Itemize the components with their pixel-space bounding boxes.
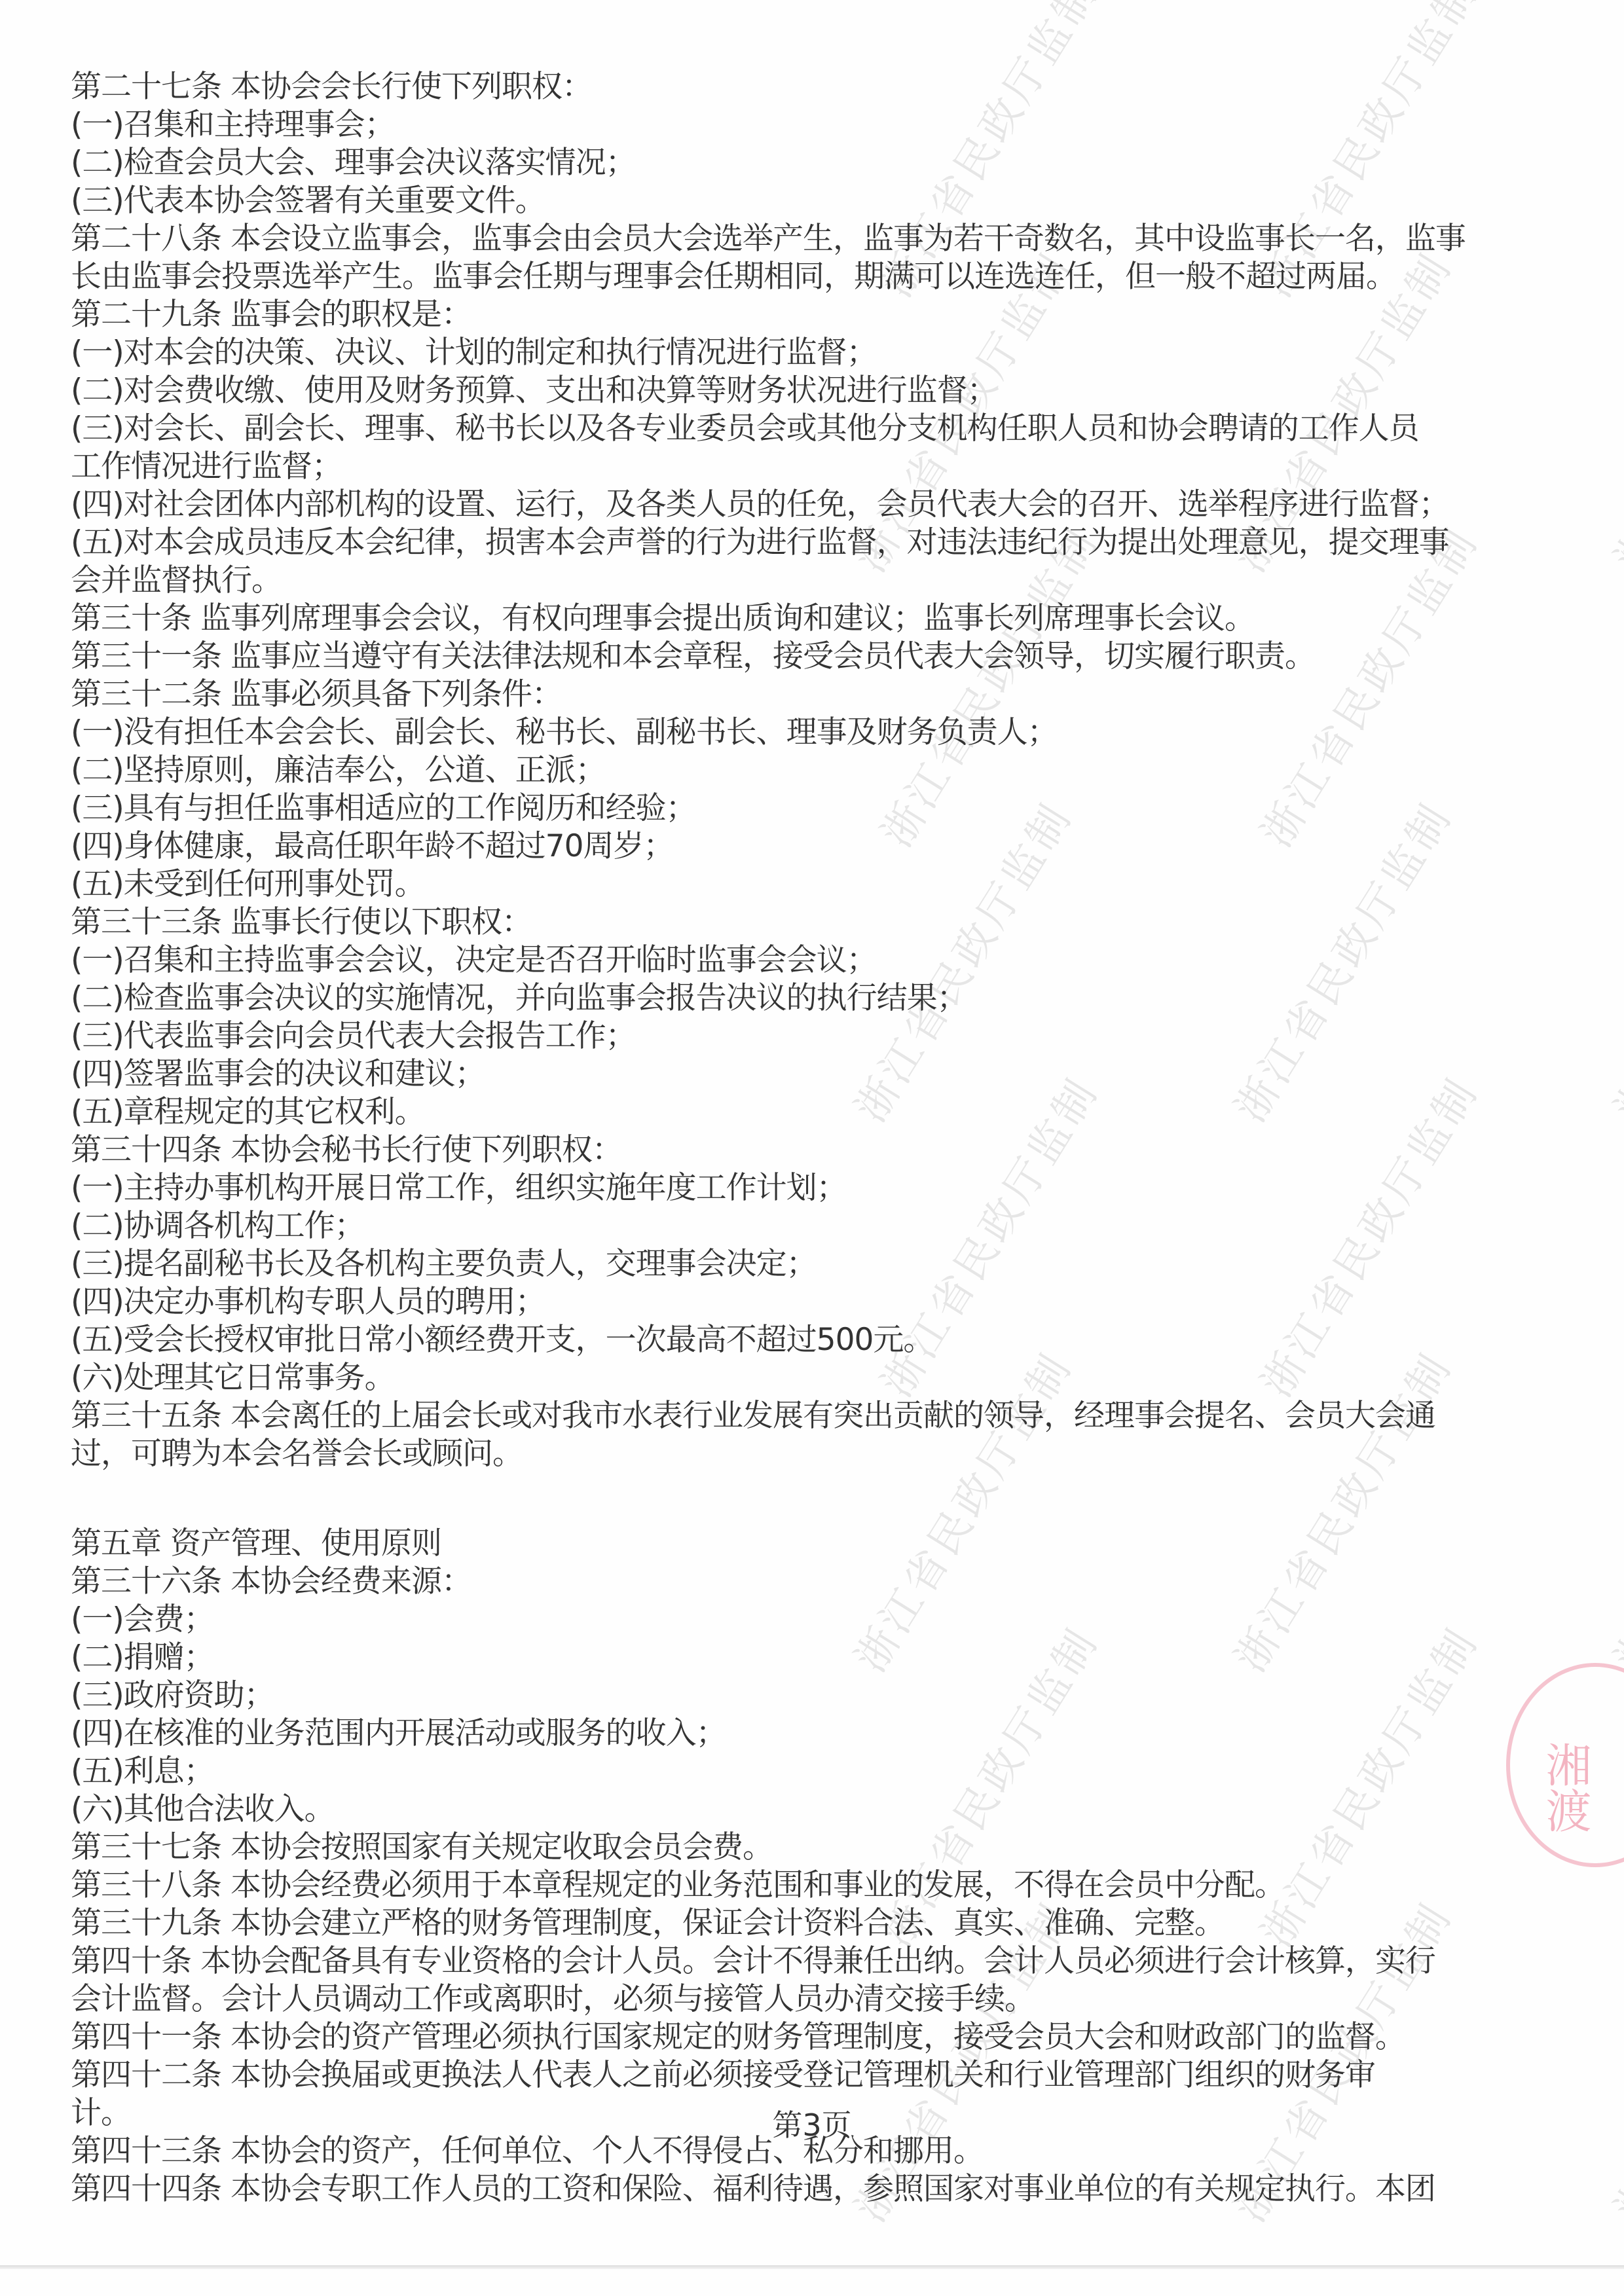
text-line: 第三十三条 监事长行使以下职权：	[71, 904, 532, 941]
text-line: (一)召集和主持理事会；	[71, 107, 395, 143]
watermark-text: 浙江省民政厅监制	[1244, 1064, 1490, 1407]
watermark-text: 浙江省民政厅监制	[864, 514, 1110, 857]
watermark-text: 浙江省民政厅监制	[1244, 514, 1490, 857]
text-line: (四)决定办事机构专职人员的聘用；	[71, 1284, 545, 1321]
text-line: (三)对会长、副会长、理事、秘书长以及各专业委员会或其他分支机构任职人员和协会聘…	[71, 410, 1419, 447]
watermark-text: 浙江省民政厅监制	[1244, 1614, 1490, 1957]
watermark-text: 浙江省民政厅监制	[838, 1339, 1084, 1682]
text-line: 工作情况进行监督；	[71, 448, 342, 485]
text-line: (二)协调各机构工作；	[71, 1208, 365, 1245]
text-line: 第四十四条 本协会专职工作人员的工资和保险、福利待遇，参照国家对事业单位的有关规…	[71, 2171, 1435, 2208]
watermark-text: 浙江省民政厅监制	[1598, 1339, 1624, 1682]
text-line: 第二十九条 监事会的职权是：	[71, 297, 471, 333]
text-line: 第三十七条 本协会按照国家有关规定收取会员会费。	[71, 1829, 773, 1866]
text-line: (四)在核准的业务范围内开展活动或服务的收入；	[71, 1715, 726, 1752]
text-line: 第四十二条 本协会换届或更换法人代表人之前必须接受登记管理机关和行业管理部门组织…	[71, 2057, 1375, 2094]
watermark-text: 浙江省民政厅监制	[1218, 789, 1464, 1132]
text-line: 第二十八条 本会设立监事会，监事会由会员大会选举产生，监事为若干奇数名，其中设监…	[71, 221, 1466, 257]
text-line: (四)身体健康，最高任职年龄不超过70周岁；	[71, 828, 673, 865]
text-line: 第五章 资产管理、使用原则	[71, 1525, 441, 1562]
watermark-text: 浙江省民政厅监制	[1598, 1889, 1624, 2232]
text-line: 第三十八条 本协会经费必须用于本章程规定的业务范围和事业的发展，不得在会员中分配…	[71, 1867, 1285, 1904]
text-line: (五)受会长授权审批日常小额经费开支，一次最高不超过500元。	[71, 1322, 933, 1358]
text-line: (五)未受到任何刑事处罚。	[71, 866, 425, 903]
text-line: 第三十九条 本协会建立严格的财务管理制度，保证会计资料合法、真实、准确、完整。	[71, 1905, 1225, 1942]
document-page: 浙江省民政厅监制浙江省民政厅监制浙江省民政厅监制浙江省民政厅监制浙江省民政厅监制…	[0, 0, 1624, 2296]
text-line: (一)会费；	[71, 1601, 214, 1638]
text-line: (五)利息；	[71, 1753, 214, 1790]
text-line: (二)检查会员大会、理事会决议落实情况；	[71, 145, 636, 181]
text-line: (二)捐赠；	[71, 1639, 214, 1676]
text-line: (三)代表本协会签署有关重要文件。	[71, 183, 545, 219]
text-line: (三)提名副秘书长及各机构主要负责人，交理事会决定；	[71, 1246, 817, 1283]
text-line: 会计监督。会计人员调动工作或离职时，必须与接管人员办清交接手续。	[71, 1981, 1035, 2018]
text-line: 第三十一条 监事应当遵守有关法律法规和本会章程，接受会员代表大会领导，切实履行职…	[71, 638, 1315, 675]
text-line: (二)检查监事会决议的实施情况，并向监事会报告决议的执行结果；	[71, 980, 967, 1017]
text-line: (六)处理其它日常事务。	[71, 1360, 395, 1396]
seal-text: 湘渡	[1532, 1741, 1598, 1833]
text-line: (四)签署监事会的决议和建议；	[71, 1056, 485, 1093]
text-line: (六)其他合法收入。	[71, 1791, 335, 1828]
text-line: (一)没有担任本会会长、副会长、秘书长、副秘书长、理事及财务负责人；	[71, 714, 1058, 751]
text-line: (三)代表监事会向会员代表大会报告工作；	[71, 1018, 636, 1055]
text-line: 第四十一条 本协会的资产管理必须执行国家规定的财务管理制度，接受会员大会和财政部…	[71, 2019, 1405, 2056]
text-line: (四)对社会团体内部机构的设置、运行，及各类人员的任免，会员代表大会的召开、选举…	[71, 486, 1449, 523]
text-line: (二)坚持原则，廉洁奉公，公道、正派；	[71, 752, 606, 789]
watermark-text: 浙江省民政厅监制	[1598, 789, 1624, 1132]
text-line: (二)对会费收缴、使用及财务预算、支出和决算等财务状况进行监督；	[71, 373, 997, 409]
text-line: 第二十七条 本协会会长行使下列职权：	[71, 69, 592, 105]
watermark-text: 浙江省民政厅监制	[1218, 1339, 1464, 1682]
text-line: 过，可聘为本会名誉会长或顾问。	[71, 1436, 523, 1472]
text-line: (一)主持办事机构开展日常工作，组织实施年度工作计划；	[71, 1170, 847, 1207]
text-line: 第三十条 监事列席理事会会议，有权向理事会提出质询和建议；监事长列席理事长会议。	[71, 600, 1255, 637]
text-line: 长由监事会投票选举产生。监事会任期与理事会任期相同，期满可以连选连任，但一般不超…	[71, 259, 1396, 295]
text-line: 第三十二条 监事必须具备下列条件：	[71, 676, 562, 713]
text-line: 第四十条 本协会配备具有专业资格的会计人员。会计不得兼任出纳。会计人员必须进行会…	[71, 1943, 1435, 1980]
text-line: (一)对本会的决策、决议、计划的制定和执行情况进行监督；	[71, 335, 877, 371]
page-number: 第3页	[0, 2102, 1624, 2145]
text-line: (三)具有与担任监事相适应的工作阅历和经验；	[71, 790, 696, 827]
text-line: (五)章程规定的其它权利。	[71, 1094, 425, 1131]
text-line: (五)对本会成员违反本会纪律，损害本会声誉的行为进行监督，对违法违纪行为提出处理…	[71, 524, 1449, 561]
text-line: (一)召集和主持监事会会议，决定是否召开临时监事会会议；	[71, 942, 877, 979]
text-line: (三)政府资助；	[71, 1677, 274, 1714]
page-edge-divider	[0, 2265, 1624, 2269]
text-line: 第三十四条 本协会秘书长行使下列职权：	[71, 1132, 622, 1169]
text-line: 第三十六条 本协会经费来源：	[71, 1563, 471, 1600]
text-line: 会并监督执行。	[71, 562, 282, 599]
watermark-text: 浙江省民政厅监制	[1598, 239, 1624, 582]
text-line: 第三十五条 本会离任的上届会长或对我市水表行业发展有突出贡献的领导，经理事会提名…	[71, 1398, 1435, 1434]
